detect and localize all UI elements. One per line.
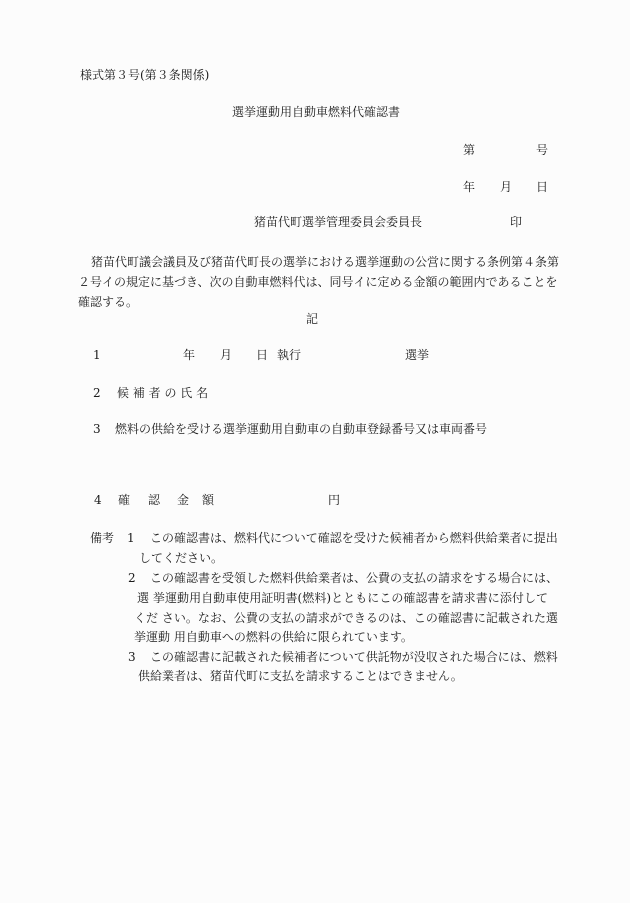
- remarks-heading: 備考: [90, 532, 114, 544]
- document-page: 様式第３号(第３条関係) 選挙運動用自動車燃料代確認書 第 号 年 月 日 猪苗…: [0, 0, 630, 903]
- item-4-number: 4: [94, 494, 102, 506]
- item-4-label-char-2: 認: [148, 494, 160, 506]
- item-1-year: 年: [183, 349, 195, 361]
- item-1-executed: 執行: [277, 349, 301, 361]
- item-4-label-char-1: 確: [118, 494, 130, 506]
- ki-heading: 記: [306, 313, 318, 325]
- form-number: 様式第３号(第３条関係): [80, 69, 209, 81]
- date-month: 月: [500, 181, 512, 193]
- number-prefix: 第: [463, 144, 475, 156]
- item-1-election: 選挙: [405, 349, 429, 361]
- body-paragraph-line-3: 確認する。: [78, 296, 138, 308]
- remark-2-line-4: 挙運動 用自動車への燃料の供給に限られています。: [134, 631, 413, 643]
- item-1-number: 1: [93, 349, 101, 361]
- remark-2-line-2: 選 挙運動用自動車使用証明書(燃料)とともにこの確認書を請求書に添付して: [137, 592, 548, 604]
- item-4-label-char-3: 金: [177, 494, 189, 506]
- number-suffix: 号: [536, 144, 548, 156]
- item-4-label-char-4: 額: [202, 494, 214, 506]
- item-3-number: 3: [93, 423, 101, 435]
- remark-1-line-1: この確認書は、燃料代について確認を受けた候補者から燃料供給業者に提出: [150, 532, 548, 544]
- item-4-unit: 円: [328, 494, 340, 506]
- remark-3-line-2: 供給業者は、猪苗代町に支払を請求することはできません。: [138, 670, 463, 682]
- item-2-label: 候 補 者 の 氏 名: [117, 387, 208, 399]
- remark-1-number: 1: [127, 532, 135, 544]
- date-day: 日: [536, 181, 548, 193]
- document-title: 選挙運動用自動車燃料代確認書: [232, 106, 400, 118]
- item-1-month: 月: [220, 349, 232, 361]
- remark-3-number: 3: [128, 651, 136, 663]
- remark-2-number: 2: [128, 572, 136, 584]
- issuer-name: 猪苗代町選挙管理委員会委員長: [254, 216, 422, 228]
- item-2-number: 2: [93, 387, 101, 399]
- remark-2-line-1: この確認書を受領した燃料供給業者は、公費の支払の請求をする場合には、: [150, 572, 548, 584]
- body-paragraph-line-2: ２号イの規定に基づき、次の自動車燃料代は、同号イに定める金額の範囲内であることを: [78, 276, 548, 288]
- item-3-label: 燃料の供給を受ける選挙運動用自動車の自動車登録番号又は車両番号: [115, 423, 487, 435]
- body-paragraph-line-1: 猪苗代町議会議員及び猪苗代町長の選挙における選挙運動の公営に関する条例第４条第: [91, 256, 548, 268]
- remark-1-line-2: してください。: [139, 552, 223, 564]
- item-1-day: 日: [256, 349, 268, 361]
- date-year: 年: [463, 181, 475, 193]
- remark-3-line-1: この確認書に記載された候補者について供託物が没収された場合には、燃料: [150, 651, 548, 663]
- remark-2-line-3: くだ さい。なお、公費の支払の請求ができるのは、この確認書に記載された選: [134, 612, 548, 624]
- issuer-seal: 印: [510, 216, 522, 228]
